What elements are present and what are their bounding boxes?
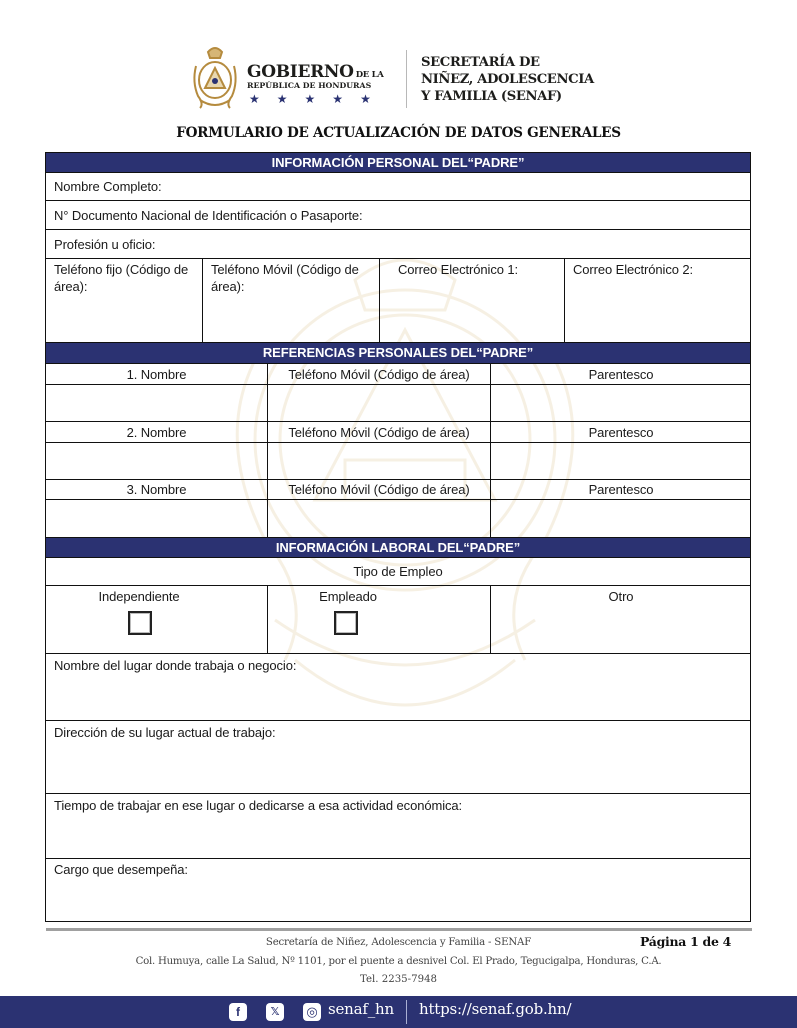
reference-header-row: 1. Nombre Teléfono Móvil (Código de área… (46, 364, 750, 385)
star-icon: ★ (360, 93, 371, 105)
reference-header-row: 3. Nombre Teléfono Móvil (Código de área… (46, 480, 750, 500)
gov-title-suffix: DE LA (356, 70, 384, 80)
page-indicator: Página 1 de 4 (640, 934, 731, 949)
reference-relation-label: Parentesco (491, 364, 751, 384)
agency-line: SECRETARÍA DE (421, 54, 594, 71)
agency-name: SECRETARÍA DE NIÑEZ, ADOLESCENCIA Y FAMI… (421, 54, 594, 105)
option-employed: Empleado (268, 586, 490, 653)
email-1-field[interactable]: Correo Electrónico 1: (380, 259, 564, 342)
full-name-field[interactable]: Nombre Completo: (46, 173, 750, 201)
section-header-references: REFERENCIAS PERSONALES DEL“PADRE” (46, 343, 750, 364)
x-icon[interactable]: 𝕏 (266, 1003, 284, 1021)
email-2-label: Correo Electrónico 2: (573, 261, 693, 278)
reference-name-label: 2. Nombre (46, 422, 267, 442)
option-employed-label: Empleado (268, 588, 428, 605)
section-header-personal: INFORMACIÓN PERSONAL DEL“PADRE” (46, 153, 750, 173)
employment-type-label: Tipo de Empleo (46, 558, 750, 586)
independent-checkbox[interactable] (128, 611, 152, 635)
reference-3-relation-input[interactable] (491, 500, 751, 537)
full-name-label: Nombre Completo: (54, 178, 162, 195)
reference-input-row (46, 385, 750, 422)
agency-line: NIÑEZ, ADOLESCENCIA (421, 71, 594, 88)
workplace-address-label: Dirección de su lugar actual de trabajo: (54, 724, 275, 741)
reference-2-relation-input[interactable] (491, 443, 751, 479)
tenure-label: Tiempo de trabajar en ese lugar o dedica… (54, 797, 462, 814)
employment-type-options: Independiente Empleado Otro (46, 586, 750, 654)
reference-2-phone-input[interactable] (268, 443, 490, 479)
reference-relation-label: Parentesco (491, 480, 751, 499)
government-wordmark: GOBIERNODE LA REPÚBLICA DE HONDURAS ★ ★ … (247, 62, 384, 105)
reference-phone-label: Teléfono Móvil (Código de área) (268, 480, 490, 499)
star-icon: ★ (332, 93, 343, 105)
reference-3-name-input[interactable] (46, 500, 267, 537)
employed-checkbox[interactable] (334, 611, 358, 635)
stars: ★ ★ ★ ★ ★ (247, 93, 384, 105)
option-other-label: Otro (491, 588, 751, 605)
gov-title: GOBIERNO (247, 62, 354, 82)
header-divider (406, 50, 407, 108)
reference-header-row: 2. Nombre Teléfono Móvil (Código de área… (46, 422, 750, 443)
tenure-field[interactable]: Tiempo de trabajar en ese lugar o dedica… (46, 794, 750, 859)
website-link[interactable]: https://senaf.gob.hn/ (419, 1000, 571, 1018)
option-independent: Independiente (46, 586, 267, 653)
document-number-label: N° Documento Nacional de Identificación … (54, 207, 363, 224)
footer-band: f 𝕏 ◎ senaf_hn https://senaf.gob.hn/ (0, 996, 797, 1028)
facebook-icon[interactable]: f (229, 1003, 247, 1021)
workplace-name-field[interactable]: Nombre del lugar donde trabaja o negocio… (46, 654, 750, 721)
reference-input-row (46, 443, 750, 480)
reference-1-relation-input[interactable] (491, 385, 751, 421)
footer-divider (406, 1000, 407, 1024)
email-1-label: Correo Electrónico 1: (398, 261, 518, 278)
update-form: INFORMACIÓN PERSONAL DEL“PADRE” Nombre C… (45, 152, 751, 922)
position-label: Cargo que desempeña: (54, 861, 188, 878)
star-icon: ★ (249, 93, 260, 105)
contact-row: Teléfono fijo (Código de área): Teléfono… (46, 259, 750, 343)
star-icon: ★ (277, 93, 288, 105)
landline-label: Teléfono fijo (Código de área): (54, 261, 194, 295)
agency-line: Y FAMILIA (SENAF) (421, 88, 594, 105)
document-number-field[interactable]: N° Documento Nacional de Identificación … (46, 201, 750, 230)
reference-2-name-input[interactable] (46, 443, 267, 479)
reference-name-label: 3. Nombre (46, 480, 267, 499)
reference-3-phone-input[interactable] (268, 500, 490, 537)
mobile-phone-field[interactable]: Teléfono Móvil (Código de área): (203, 259, 379, 342)
mobile-phone-label: Teléfono Móvil (Código de área): (211, 261, 371, 295)
reference-phone-label: Teléfono Móvil (Código de área) (268, 422, 490, 442)
footer-rule (46, 928, 752, 931)
footer-phone: Tel. 2235-7948 (0, 974, 797, 985)
workplace-address-field[interactable]: Dirección de su lugar actual de trabajo: (46, 721, 750, 794)
reference-name-label: 1. Nombre (46, 364, 267, 384)
reference-1-name-input[interactable] (46, 385, 267, 421)
reference-relation-label: Parentesco (491, 422, 751, 442)
instagram-icon[interactable]: ◎ (303, 1003, 321, 1021)
reference-1-phone-input[interactable] (268, 385, 490, 421)
landline-field[interactable]: Teléfono fijo (Código de área): (46, 259, 202, 342)
reference-input-row (46, 500, 750, 538)
page-header: GOBIERNODE LA REPÚBLICA DE HONDURAS ★ ★ … (190, 40, 620, 112)
option-other[interactable]: Otro (491, 586, 751, 653)
email-2-field[interactable]: Correo Electrónico 2: (565, 259, 751, 342)
social-handle[interactable]: senaf_hn (328, 1000, 394, 1018)
gov-subtitle: REPÚBLICA DE HONDURAS (247, 81, 384, 90)
workplace-name-label: Nombre del lugar donde trabaja o negocio… (54, 657, 296, 674)
section-header-employment: INFORMACIÓN LABORAL DEL“PADRE” (46, 538, 750, 558)
profession-label: Profesión u oficio: (54, 236, 155, 253)
option-independent-label: Independiente (46, 588, 232, 605)
honduras-coat-of-arms-icon (190, 42, 240, 110)
star-icon: ★ (305, 93, 316, 105)
profession-field[interactable]: Profesión u oficio: (46, 230, 750, 259)
form-title: FORMULARIO DE ACTUALIZACIÓN DE DATOS GEN… (0, 125, 797, 141)
position-field[interactable]: Cargo que desempeña: (46, 859, 750, 921)
footer-address: Col. Humuya, calle La Salud, Nº 1101, po… (0, 956, 797, 967)
reference-phone-label: Teléfono Móvil (Código de área) (268, 364, 490, 384)
